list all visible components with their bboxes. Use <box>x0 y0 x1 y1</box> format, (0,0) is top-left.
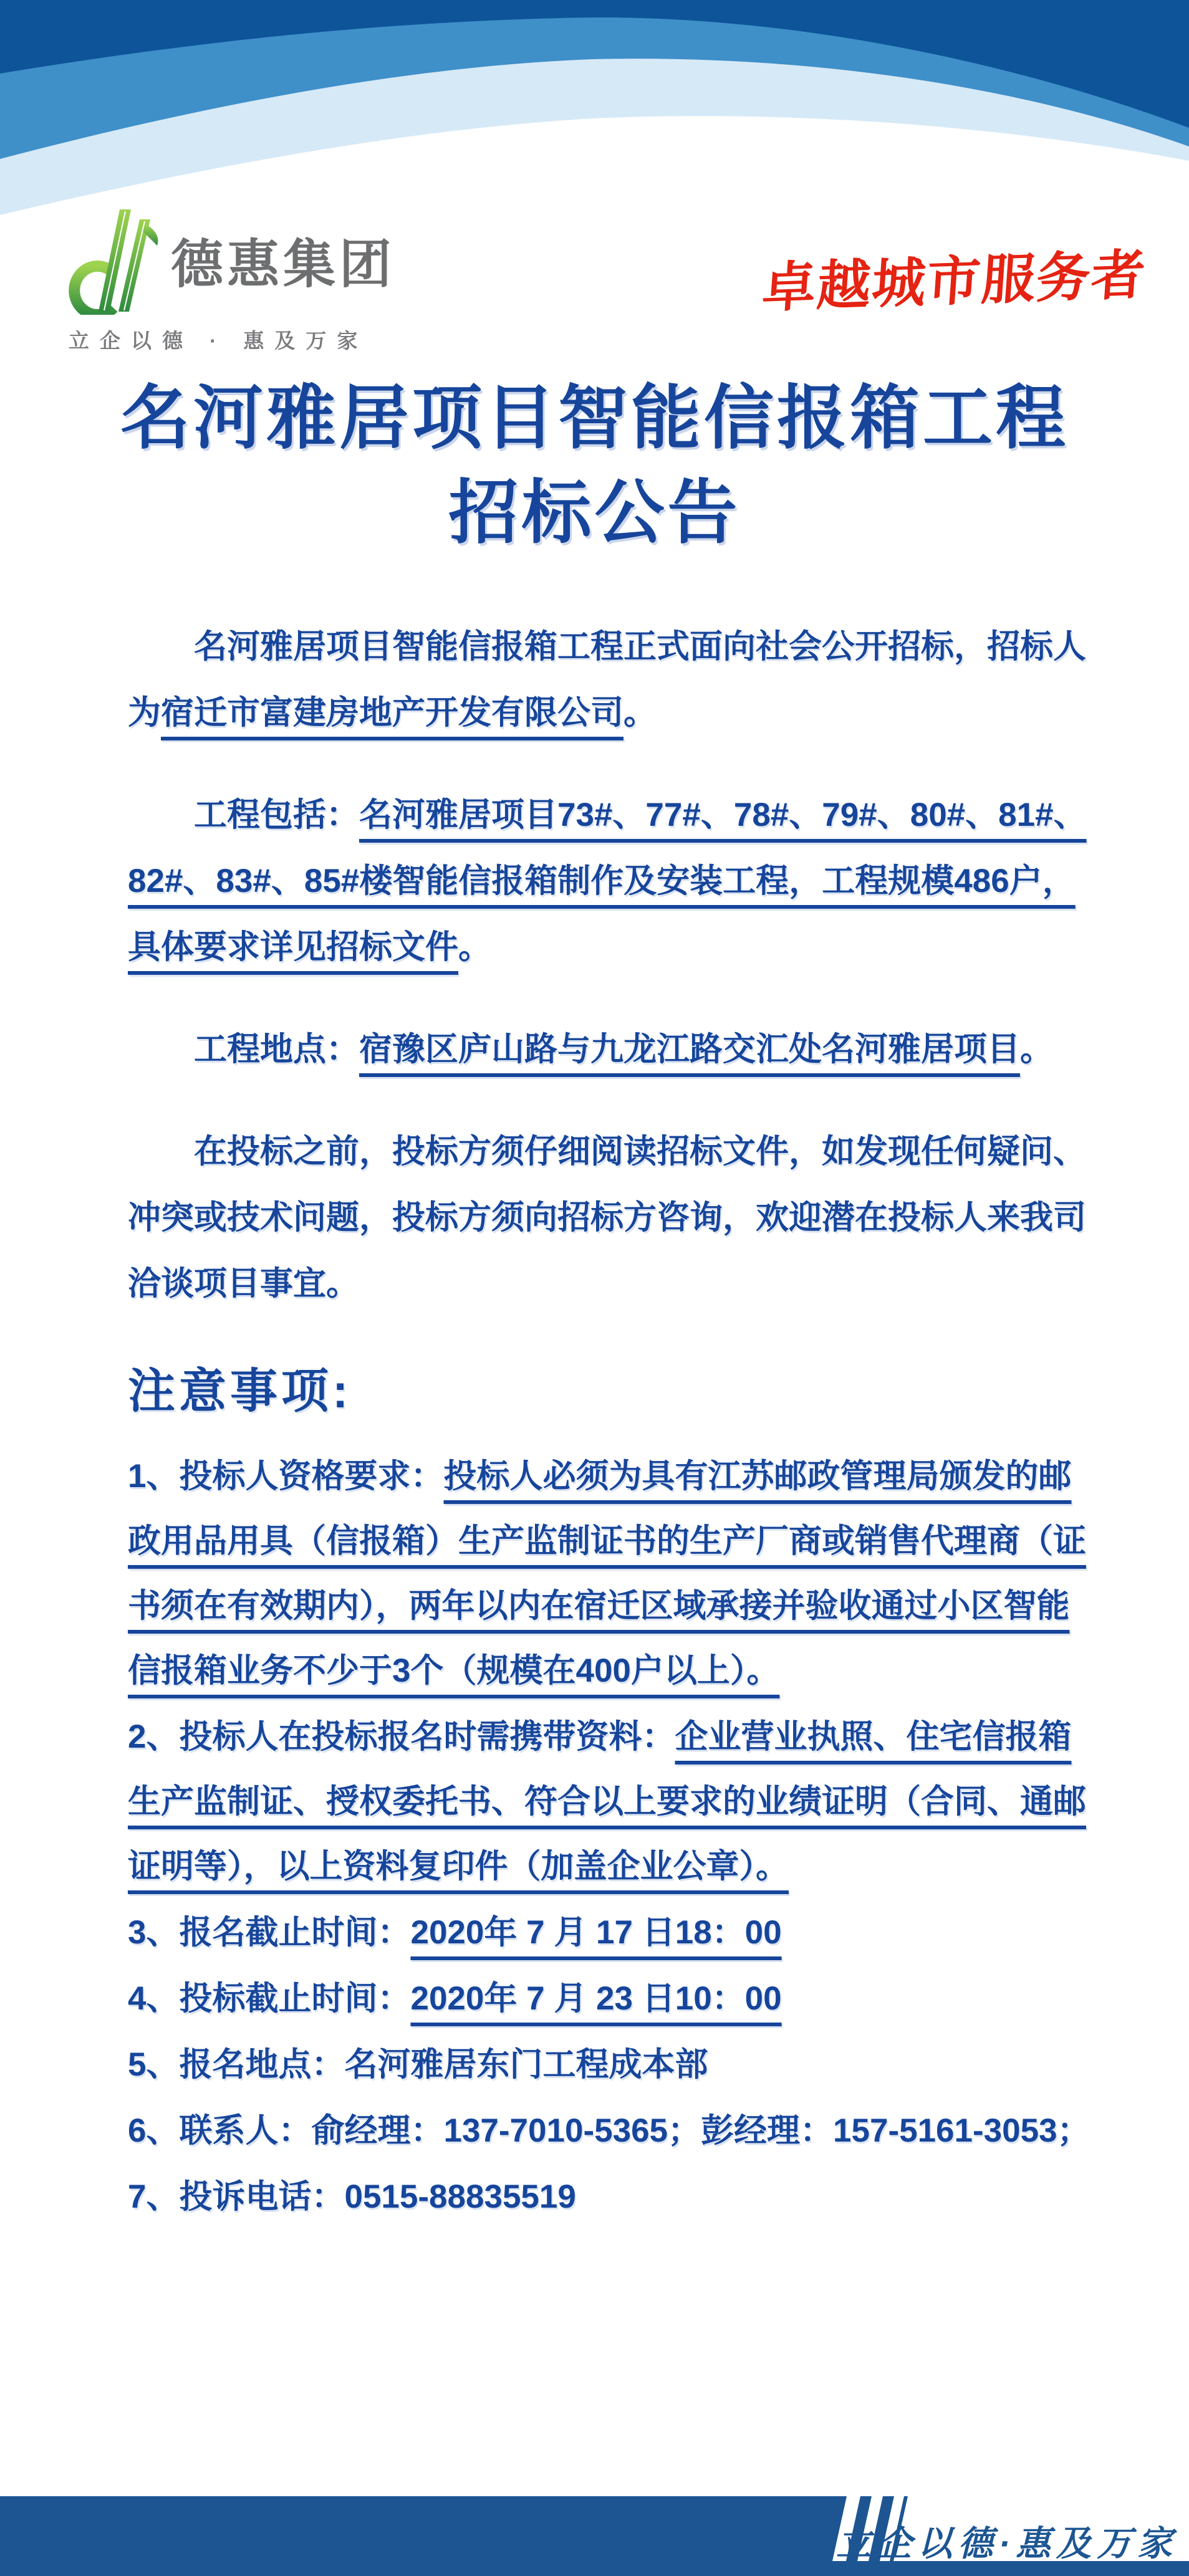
text-run: 俞经理：137-7010-5365；彭经理：157-5161-3053； <box>311 2112 1090 2149</box>
header-slogan: 卓越城市服务者 <box>760 231 1149 322</box>
underlined-run: 2020年 7 月 17 日18：00 <box>410 1914 781 1951</box>
intro-paragraph-3: 工程地点：宿豫区庐山路与九龙江路交汇处名河雅居项目。 <box>128 1017 1091 1083</box>
item-label: 1、投标人资格要求： <box>128 1458 443 1495</box>
item-label: 5、报名地点： <box>128 2046 344 2083</box>
text-run: 名河雅居东门工程成本部 <box>344 2046 708 2083</box>
item-label: 3、报名截止时间： <box>128 1914 410 1951</box>
item-label: 4、投标截止时间： <box>128 1980 410 2017</box>
title-line-2: 招标公告 <box>0 466 1189 560</box>
footer-slogan: 立企以德·惠及万家 <box>836 2516 1178 2566</box>
notice-item-3: 3、报名截止时间：2020年 7 月 17 日18：00 <box>128 1900 1091 1965</box>
title-line-1: 名河雅居项目智能信报箱工程 <box>0 371 1189 466</box>
notice-item-4: 4、投标截止时间：2020年 7 月 23 日10：00 <box>128 1966 1091 2031</box>
text-run: 。 <box>1020 1031 1053 1068</box>
text-run: 。 <box>458 929 491 965</box>
text-run: 工程地点： <box>194 1031 359 1068</box>
tender-announcement-poster: 德惠集团 立企以德 · 惠及万家 卓越城市服务者 名河雅居项目智能信报箱工程 招… <box>0 0 1189 2576</box>
text-run: 。 <box>623 694 657 731</box>
company-tagline: 立企以德 · 惠及万家 <box>69 325 395 354</box>
text-run: 在投标之前，投标方须仔细阅读招标文件，如发现任何疑问、冲突或技术问题，投标方须向… <box>128 1133 1086 1302</box>
notice-item-1: 1、投标人资格要求：投标人必须为具有江苏邮政管理局颁发的邮政用品用具（信报箱）生… <box>128 1444 1091 1703</box>
item-label: 7、投诉电话： <box>128 2178 344 2215</box>
intro-paragraph-2: 工程包括：名河雅居项目73#、77#、78#、79#、80#、81#、82#、8… <box>128 782 1091 980</box>
intro-paragraph-4: 在投标之前，投标方须仔细阅读招标文件，如发现任何疑问、冲突或技术问题，投标方须向… <box>128 1119 1091 1317</box>
underlined-run: 宿迁市富建房地产开发有限公司 <box>161 694 623 731</box>
underlined-run: 宿豫区庐山路与九龙江路交汇处名河雅居项目 <box>359 1031 1020 1068</box>
notice-item-5: 5、报名地点：名河雅居东门工程成本部 <box>128 2033 1091 2097</box>
logo-row: 德惠集团 <box>62 206 395 315</box>
dehui-logo-icon <box>62 206 162 315</box>
company-name: 德惠集团 <box>171 223 395 298</box>
underlined-run: 2020年 7 月 23 日10：00 <box>410 1980 781 2017</box>
item-label: 2、投标人在投标报名时需携带资料： <box>128 1718 675 1755</box>
text-run: 0515-88835519 <box>344 2178 575 2215</box>
footer-band: 立企以德·惠及万家 <box>0 2496 1189 2576</box>
page-title: 名河雅居项目智能信报箱工程 招标公告 <box>0 371 1189 560</box>
announcement-body: 名河雅居项目智能信报箱工程正式面向社会公开招标，招标人为宿迁市富建房地产开发有限… <box>128 614 1091 2231</box>
notice-item-6: 6、联系人：俞经理：137-7010-5365；彭经理：157-5161-305… <box>128 2099 1091 2163</box>
notice-heading: 注意事项: <box>128 1357 1091 1427</box>
notice-item-2: 2、投标人在投标报名时需携带资料：企业营业执照、住宅信报箱生产监制证、授权委托书… <box>128 1705 1091 1899</box>
item-label: 6、联系人： <box>128 2112 311 2149</box>
company-logo: 德惠集团 立企以德 · 惠及万家 <box>62 206 395 354</box>
text-run: 工程包括： <box>194 797 359 833</box>
intro-paragraph-1: 名河雅居项目智能信报箱工程正式面向社会公开招标，招标人为宿迁市富建房地产开发有限… <box>128 614 1091 746</box>
notice-item-7: 7、投诉电话：0515-88835519 <box>128 2165 1091 2229</box>
